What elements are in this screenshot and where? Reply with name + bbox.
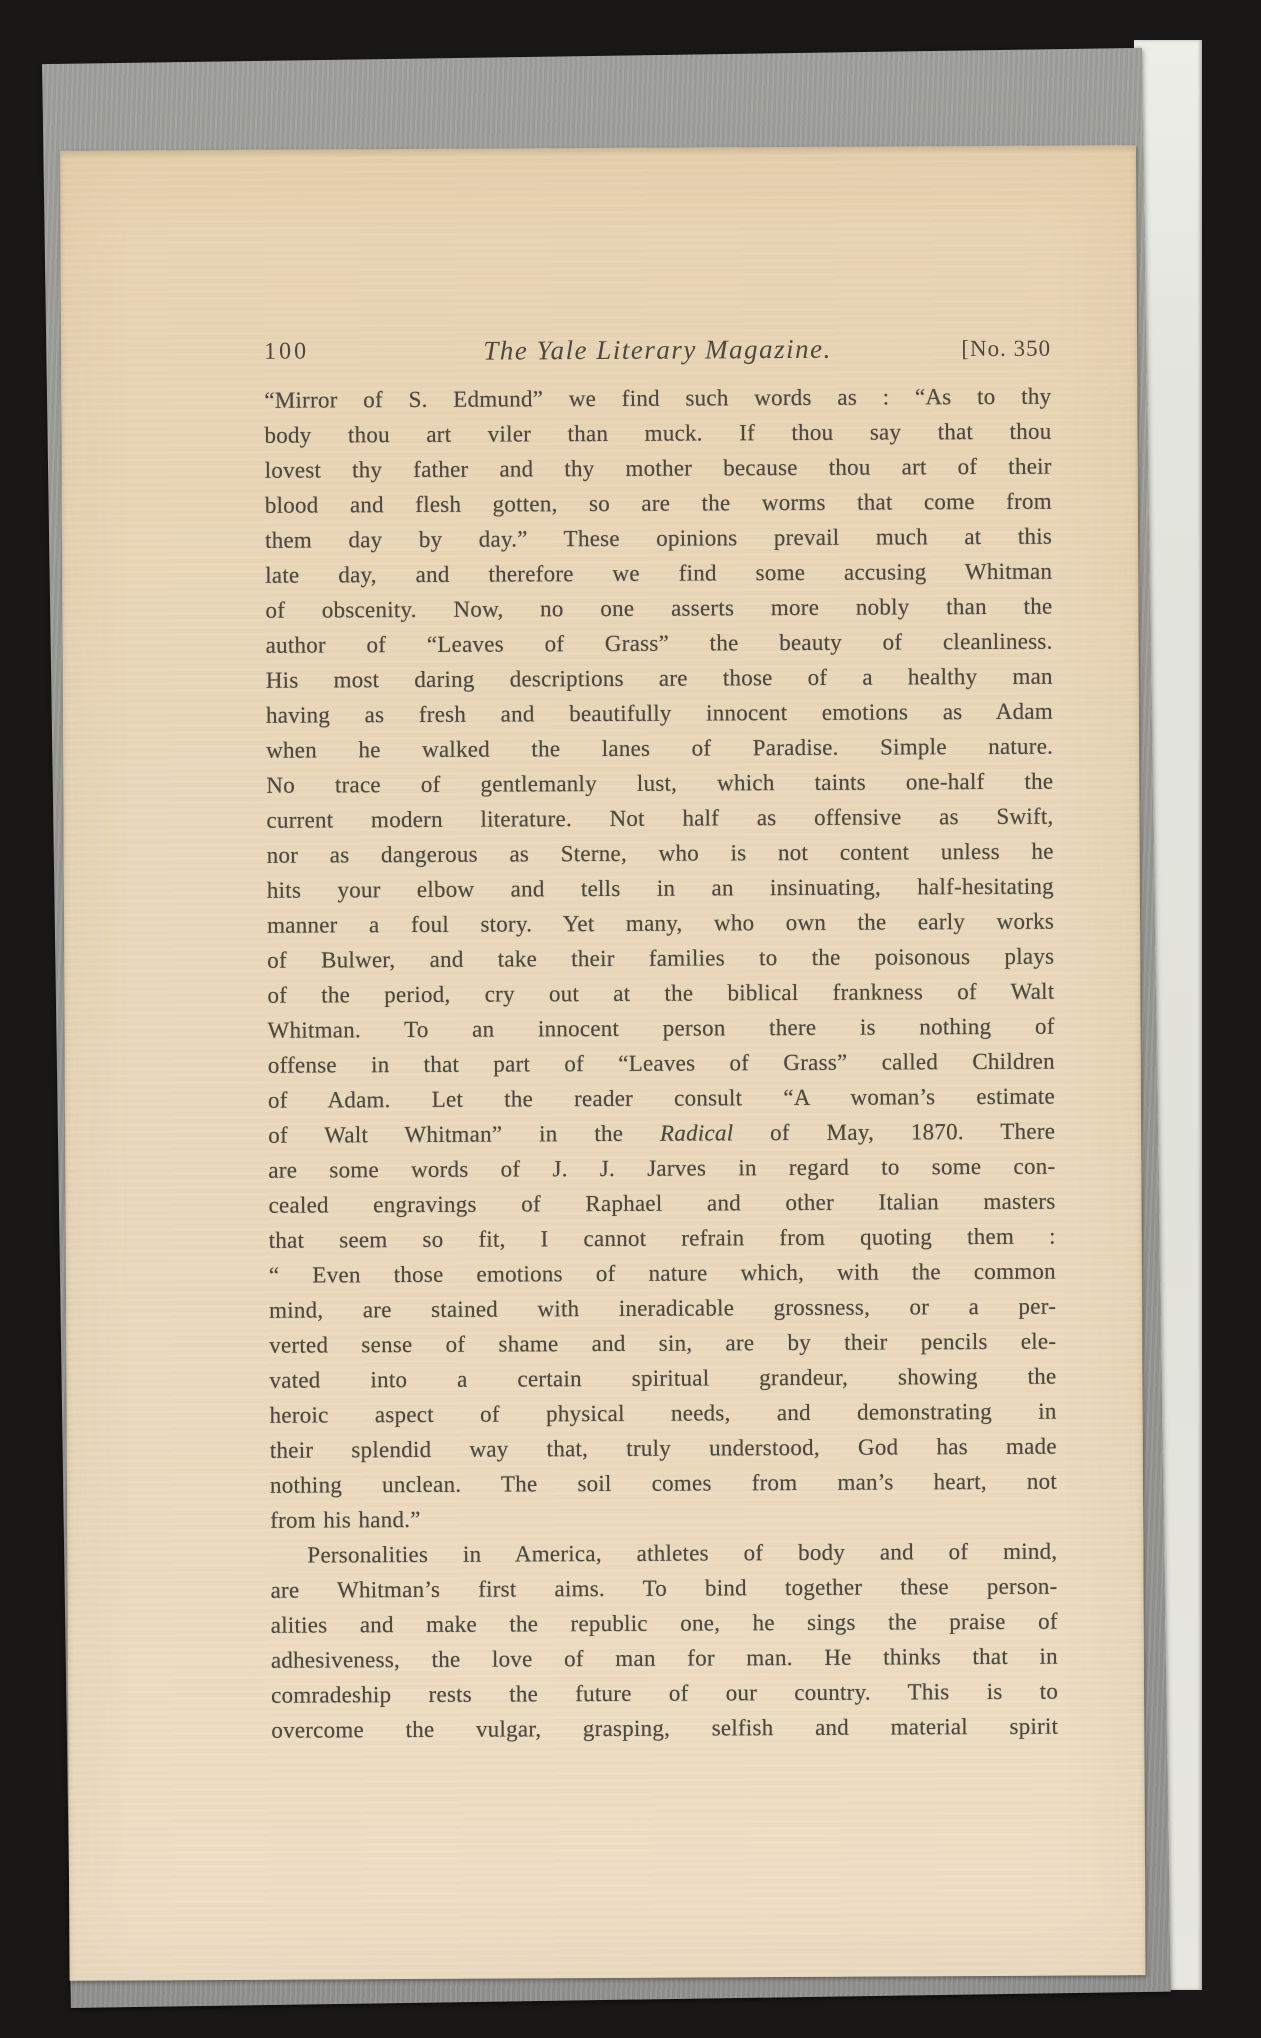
- text-line: body thou art viler than muck. If thou s…: [264, 414, 1051, 453]
- running-head: 100 The Yale Literary Magazine. [No. 350: [264, 328, 1051, 368]
- paragraph: “Mirror of S. Edmund” we find such words…: [264, 379, 1057, 1538]
- text-line: current modern literature. Not half as o…: [266, 799, 1053, 838]
- text-line: “Mirror of S. Edmund” we find such words…: [264, 379, 1051, 418]
- text-line: adhesiveness, the love of man for man. H…: [271, 1639, 1058, 1678]
- text-line: Whitman. To an innocent person there is …: [268, 1009, 1055, 1048]
- text-line: that seem so fit, I cannot refrain from …: [269, 1219, 1056, 1258]
- text-line: of Bulwer, and take their families to th…: [267, 939, 1054, 978]
- text-line: are some words of J. J. Jarves in regard…: [268, 1149, 1055, 1188]
- text-line: mind, are stained with ineradicable gros…: [269, 1289, 1056, 1328]
- text-line: are Whitman’s first aims. To bind togeth…: [270, 1569, 1057, 1608]
- text-line: their splendid way that, truly understoo…: [270, 1429, 1057, 1468]
- text-line: blood and flesh gotten, so are the worms…: [265, 484, 1052, 523]
- text-line: from his hand.”: [270, 1499, 1057, 1538]
- text-line: of obscenity. Now, no one asserts more n…: [265, 589, 1052, 628]
- text-line: verted sense of shame and sin, are by th…: [269, 1324, 1056, 1363]
- text-line: vated into a certain spiritual grandeur,…: [269, 1359, 1056, 1398]
- text-line: of the period, cry out at the biblical f…: [267, 974, 1054, 1013]
- document-page: 100 The Yale Literary Magazine. [No. 350…: [60, 145, 1146, 1981]
- text-line: lovest thy father and thy mother because…: [265, 449, 1052, 488]
- text-line: hits your elbow and tells in an insinuat…: [267, 869, 1054, 908]
- text-line: alities and make the republic one, he si…: [271, 1604, 1058, 1643]
- text-line: His most daring descriptions are those o…: [266, 659, 1053, 698]
- scan-backdrop: 100 The Yale Literary Magazine. [No. 350…: [0, 0, 1261, 2038]
- text-line: comradeship rests the future of our coun…: [271, 1674, 1058, 1713]
- page-content: 100 The Yale Literary Magazine. [No. 350…: [264, 328, 1058, 1748]
- journal-title: The Yale Literary Magazine.: [264, 333, 1051, 368]
- text-line: Personalities in America, athletes of bo…: [270, 1534, 1057, 1573]
- text-block: “Mirror of S. Edmund” we find such words…: [264, 379, 1058, 1748]
- paragraph: Personalities in America, athletes of bo…: [270, 1534, 1058, 1748]
- text-line: overcome the vulgar, grasping, selfish a…: [271, 1709, 1058, 1748]
- text-line: “ Even those emotions of nature which, w…: [269, 1254, 1056, 1293]
- text-line: of Walt Whitman” in the Radical of May, …: [268, 1114, 1055, 1153]
- text-line: them day by day.” These opinions prevail…: [265, 519, 1052, 558]
- text-line: heroic aspect of physical needs, and dem…: [270, 1394, 1057, 1433]
- text-line: when he walked the lanes of Paradise. Si…: [266, 729, 1053, 768]
- text-line: having as fresh and beautifully innocent…: [266, 694, 1053, 733]
- text-line: nor as dangerous as Sterne, who is not c…: [267, 834, 1054, 873]
- text-line: No trace of gentlemanly lust, which tain…: [266, 764, 1053, 803]
- text-line: cealed engravings of Raphael and other I…: [268, 1184, 1055, 1223]
- text-line: manner a foul story. Yet many, who own t…: [267, 904, 1054, 943]
- text-line: offense in that part of “Leaves of Grass…: [268, 1044, 1055, 1083]
- text-line: of Adam. Let the reader consult “A woman…: [268, 1079, 1055, 1118]
- text-line: nothing unclean. The soil comes from man…: [270, 1464, 1057, 1503]
- issue-number: [No. 350: [961, 336, 1051, 362]
- text-line: late day, and therefore we find some acc…: [265, 554, 1052, 593]
- text-line: author of “Leaves of Grass” the beauty o…: [266, 624, 1053, 663]
